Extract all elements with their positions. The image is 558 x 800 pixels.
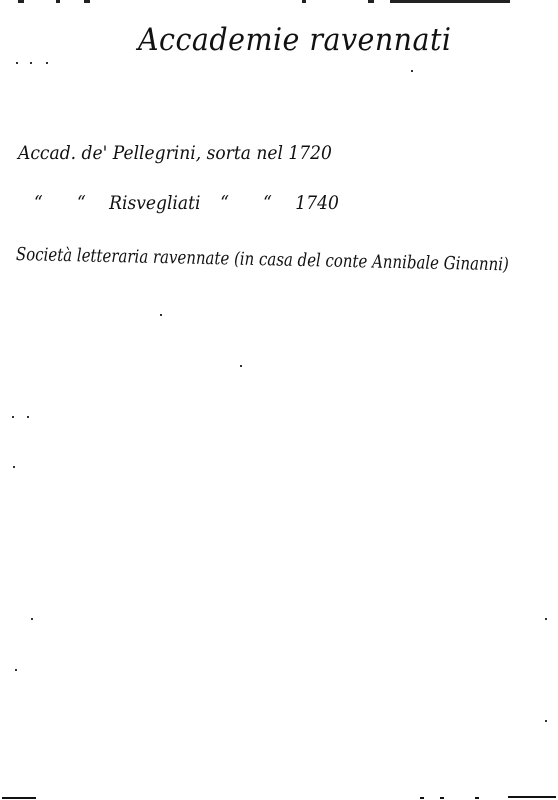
scan-speck xyxy=(545,720,547,722)
scan-speck xyxy=(545,618,547,620)
scan-bottom-edge xyxy=(508,796,556,798)
ditto-mark: “ xyxy=(34,192,43,214)
entry-note: , sorta nel 1720 xyxy=(196,142,332,164)
entry-name: Accad. de' Pellegrini xyxy=(18,142,196,164)
scan-top-edge-marks xyxy=(0,0,558,6)
entry-name: Risvegliati xyxy=(109,192,200,214)
scan-bottom-edge xyxy=(475,797,479,799)
scan-speck xyxy=(411,70,413,72)
entry-year: 1740 xyxy=(295,192,339,214)
entry-risvegliati: ““Risvegliati““1740 xyxy=(34,192,339,214)
scan-speck xyxy=(46,62,48,64)
scan-speck xyxy=(240,365,242,367)
scan-speck xyxy=(15,669,17,671)
ditto-mark: “ xyxy=(77,192,86,214)
scan-bottom-edge xyxy=(440,797,444,799)
scan-speck xyxy=(30,62,32,64)
entry-societa-letteraria: Società letteraria ravennate (in casa de… xyxy=(16,244,509,275)
scan-speck xyxy=(16,62,18,64)
scan-bottom-edge xyxy=(2,797,36,799)
ditto-mark: “ xyxy=(220,192,229,214)
scan-speck xyxy=(27,416,29,418)
scan-speck xyxy=(12,416,14,418)
scan-speck xyxy=(13,466,15,468)
entry-name: Società letteraria ravennate xyxy=(16,244,230,269)
scan-speck xyxy=(31,618,33,620)
scan-bottom-edge xyxy=(420,797,424,799)
entry-note: (in casa del conte Annibale Ginanni) xyxy=(234,249,509,276)
ditto-mark: “ xyxy=(263,192,272,214)
entry-pellegrini: Accad. de' Pellegrini, sorta nel 1720 xyxy=(18,142,332,164)
card-title: Accademie ravennati xyxy=(138,22,451,58)
scan-speck xyxy=(160,314,162,316)
